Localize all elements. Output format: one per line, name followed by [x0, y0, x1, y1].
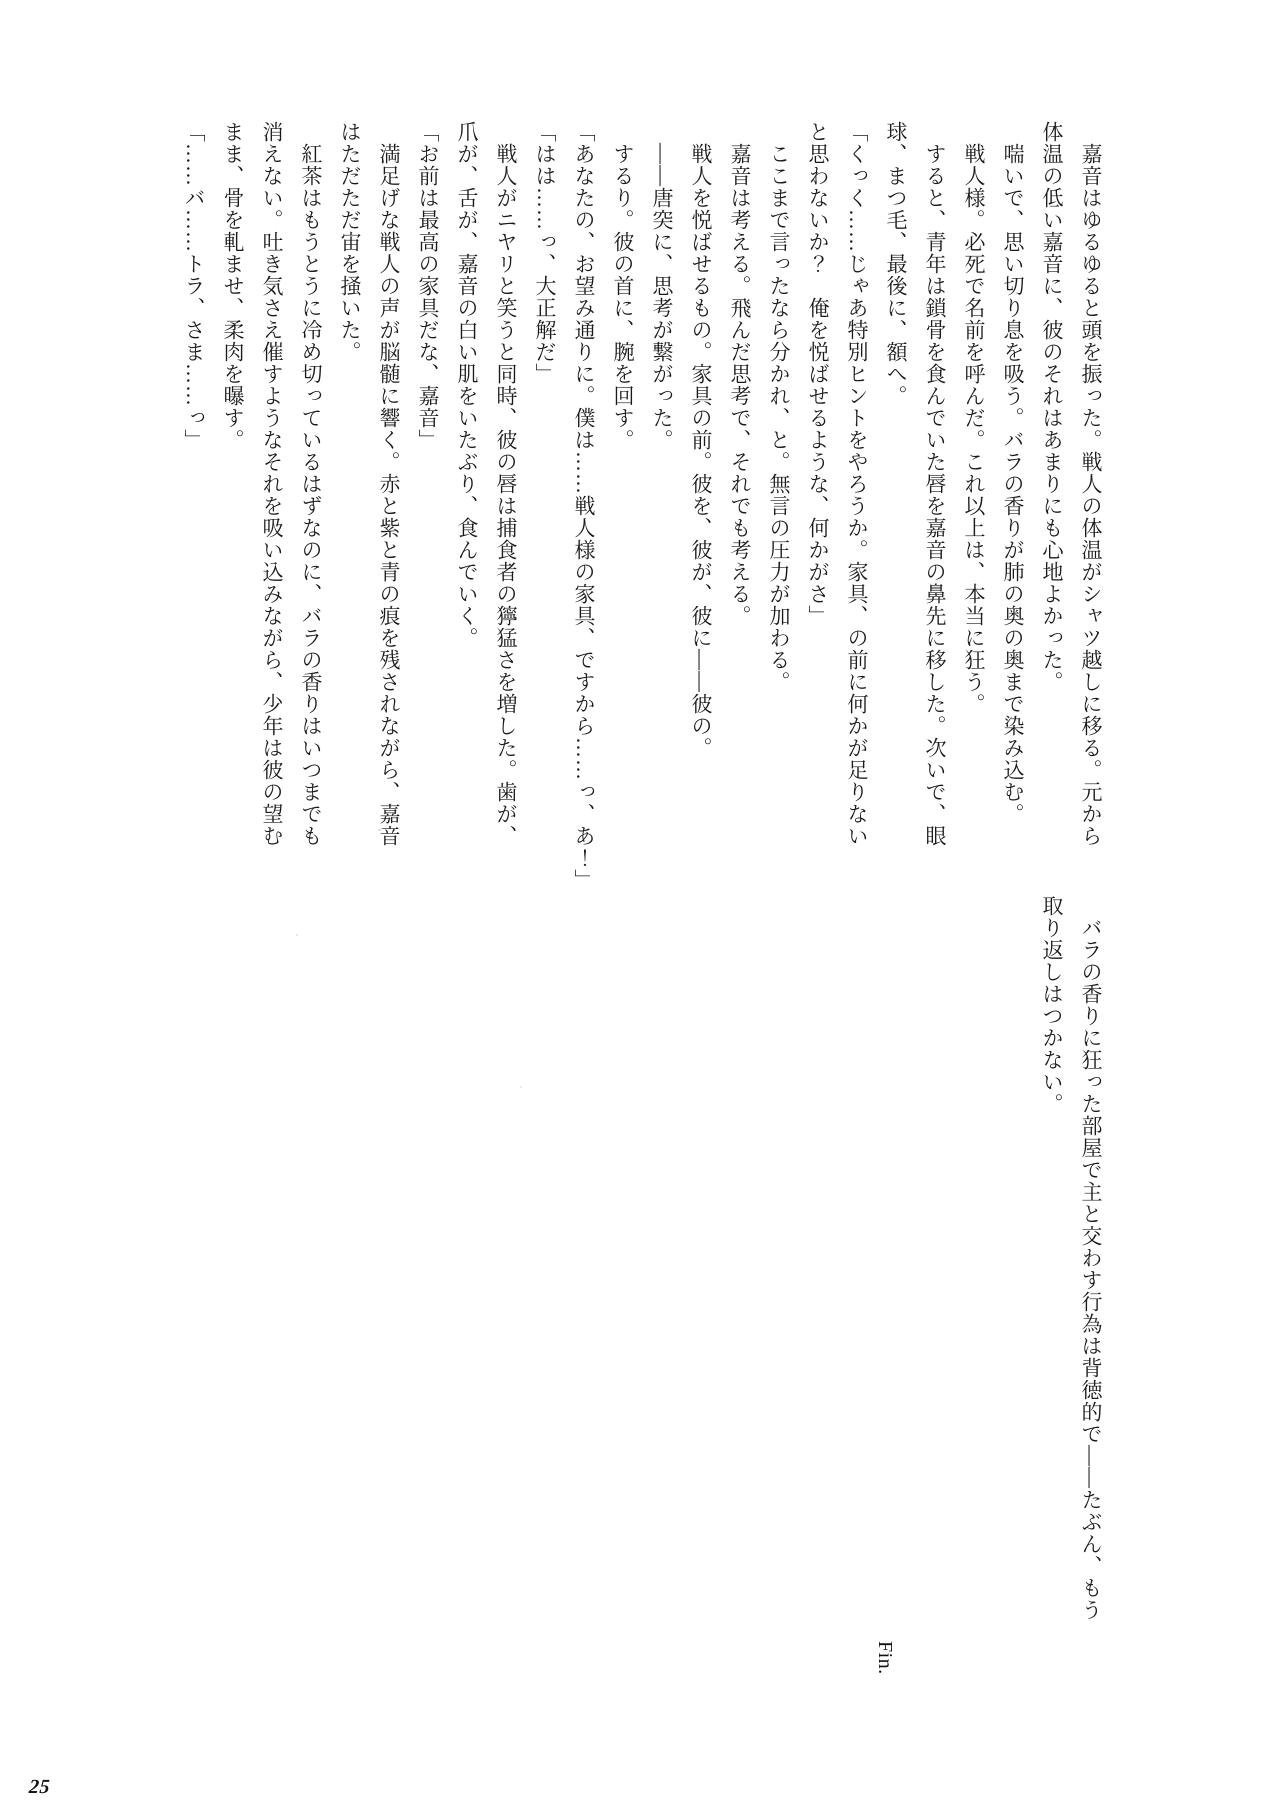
scan-speck [378, 829, 381, 831]
scan-speck [296, 934, 298, 936]
scan-speck [520, 1086, 522, 1088]
story-closing-text: バラの香りに狂った部屋で主と交わす行為は背徳的で――たぶん、もう 取り返しはつか… [1032, 895, 1110, 1621]
page-number: 25 [28, 1776, 51, 1799]
fin-mark: Fin. [872, 1641, 898, 1675]
novel-page: 嘉音はゆるゆると頭を振った。戦人の体温がシャツ越しに移る。元から 体温の低い嘉音… [0, 0, 1280, 1811]
story-body-text: 嘉音はゆるゆると頭を振った。戦人の体温がシャツ越しに移る。元から 体温の低い嘉音… [174, 121, 1110, 891]
